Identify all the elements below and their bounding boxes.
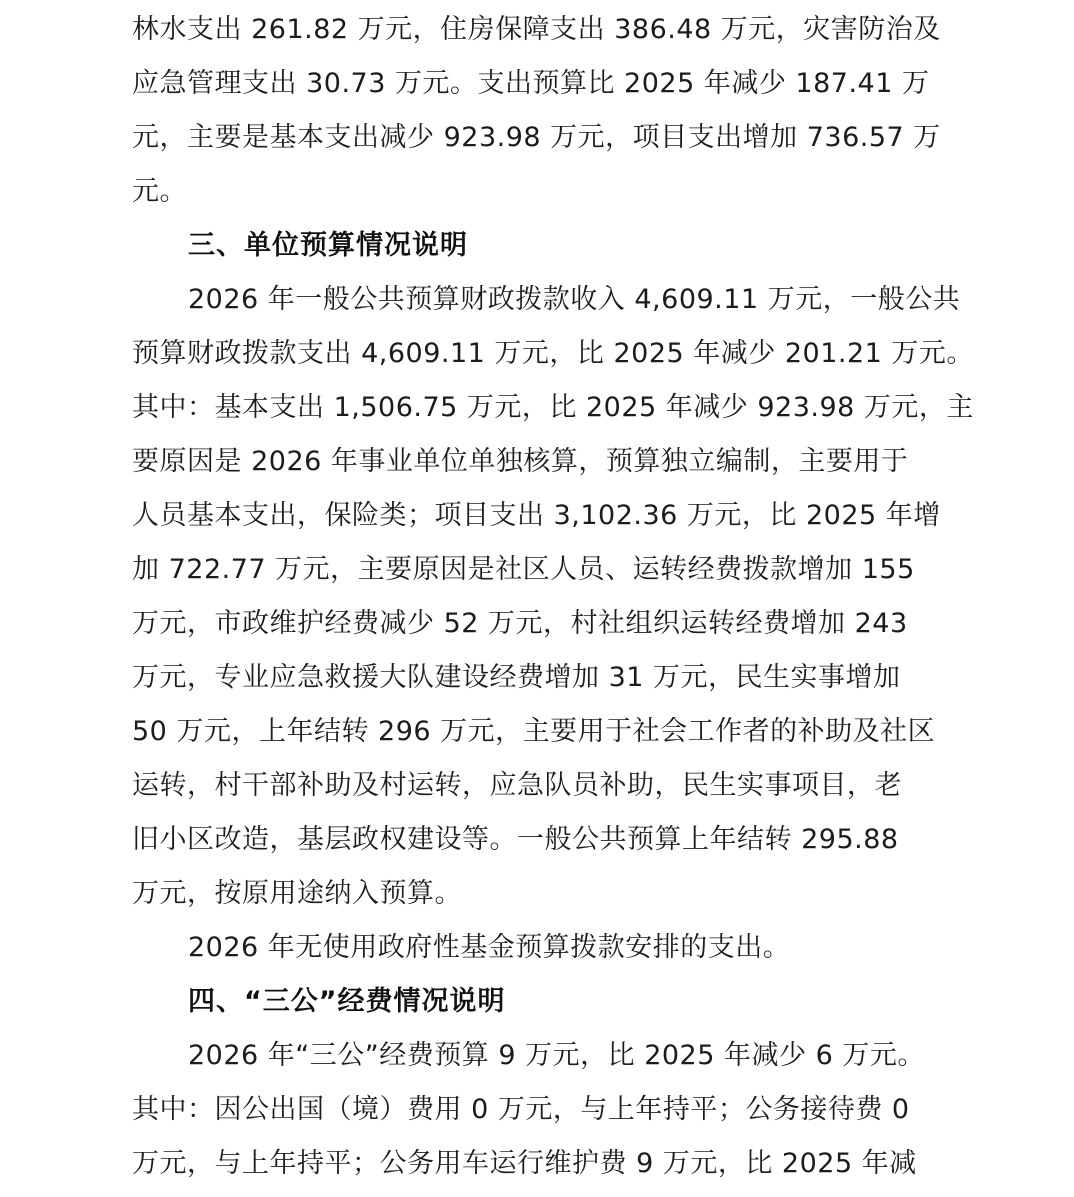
paragraph-line: 加 722.77 万元，主要原因是社区人员、运转经费拨款增加 155 <box>132 553 915 587</box>
document-page: 林水支出 261.82 万元，住房保障支出 386.48 万元，灾害防治及 应急… <box>0 0 1074 1197</box>
paragraph-line: 万元，与上年持平；公务用车运行维护费 9 万元，比 2025 年减 <box>132 1147 917 1181</box>
paragraph-line: 预算财政拨款支出 4,609.11 万元，比 2025 年减少 201.21 万… <box>132 337 974 371</box>
section-heading-unit-budget: 三、单位预算情况说明 <box>188 229 468 263</box>
paragraph-line: 旧小区改造，基层政权建设等。一般公共预算上年结转 295.88 <box>132 823 899 857</box>
paragraph-line: 万元，按原用途纳入预算。 <box>132 877 462 911</box>
paragraph-line: 2026 年无使用政府性基金预算拨款安排的支出。 <box>188 931 790 965</box>
paragraph-line: 其中：基本支出 1,506.75 万元，比 2025 年减少 923.98 万元… <box>132 391 974 425</box>
paragraph-line: 2026 年一般公共预算财政拨款收入 4,609.11 万元，一般公共 <box>188 283 960 317</box>
paragraph-line: 元，主要是基本支出减少 923.98 万元，项目支出增加 736.57 万 <box>132 121 941 155</box>
paragraph-line: 运转，村干部补助及村运转，应急队员补助，民生实事项目，老 <box>132 769 902 803</box>
paragraph-line: 人员基本支出，保险类；项目支出 3,102.36 万元，比 2025 年增 <box>132 499 941 533</box>
section-heading-three-public: 四、“三公”经费情况说明 <box>188 985 506 1019</box>
paragraph-line: 要原因是 2026 年事业单位单独核算，预算独立编制，主要用于 <box>132 445 908 479</box>
paragraph-line: 应急管理支出 30.73 万元。支出预算比 2025 年减少 187.41 万 <box>132 67 929 101</box>
paragraph-line: 其中：因公出国（境）费用 0 万元，与上年持平；公务接待费 0 <box>132 1093 910 1127</box>
paragraph-line: 万元，专业应急救援大队建设经费增加 31 万元，民生实事增加 <box>132 661 901 695</box>
paragraph-line: 元。 <box>132 175 187 209</box>
paragraph-line: 万元，市政维护经费减少 52 万元，村社组织运转经费增加 243 <box>132 607 908 641</box>
paragraph-line: 林水支出 261.82 万元，住房保障支出 386.48 万元，灾害防治及 <box>132 13 941 47</box>
paragraph-line: 2026 年“三公”经费预算 9 万元，比 2025 年减少 6 万元。 <box>188 1039 925 1073</box>
paragraph-line: 50 万元，上年结转 296 万元，主要用于社会工作者的补助及社区 <box>132 715 935 749</box>
